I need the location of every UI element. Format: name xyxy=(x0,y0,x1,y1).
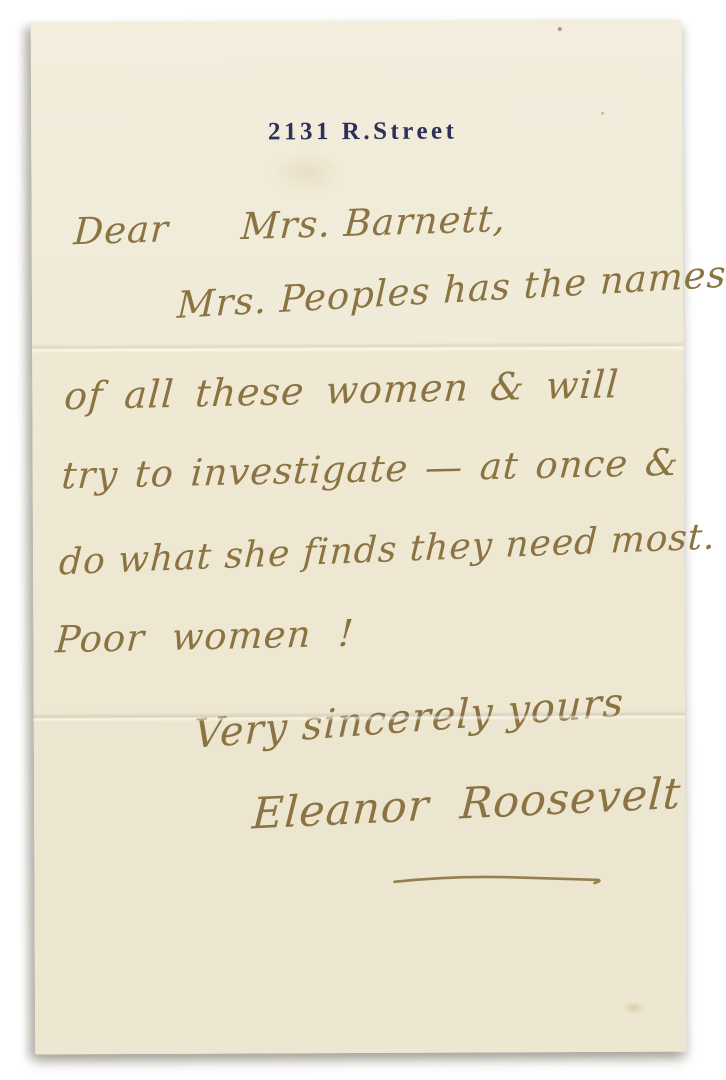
flourish-stroke-icon xyxy=(392,872,602,887)
fold-crease-upper xyxy=(32,342,683,354)
letter-paper: 2131 R.Street DearMrs. Barnett, Mrs. Peo… xyxy=(31,20,686,1055)
salutation-name: Mrs. Barnett, xyxy=(240,197,508,248)
paper-speck xyxy=(601,112,604,115)
salutation-gap xyxy=(168,239,240,241)
letterhead-address: 2131 R.Street xyxy=(31,117,682,148)
body-line: try to investigate — at once & xyxy=(60,441,680,498)
salutation-word: Dear xyxy=(72,207,170,253)
signature-flourish xyxy=(392,872,602,887)
paper-speck xyxy=(558,27,562,31)
closing-line: Very sincerely yours xyxy=(193,680,625,758)
body-line: of all these women & will xyxy=(63,362,620,418)
signature: Eleanor Roosevelt xyxy=(251,769,683,840)
body-line: do what she finds they need most. xyxy=(58,516,717,583)
salutation-line: DearMrs. Barnett, xyxy=(72,197,507,253)
paper-stain xyxy=(266,149,346,197)
body-line: Poor women ! xyxy=(54,612,356,662)
body-line: Mrs. Peoples has the names xyxy=(176,253,726,327)
photo-background: 2131 R.Street DearMrs. Barnett, Mrs. Peo… xyxy=(0,0,726,1080)
paper-stain xyxy=(623,1002,645,1014)
